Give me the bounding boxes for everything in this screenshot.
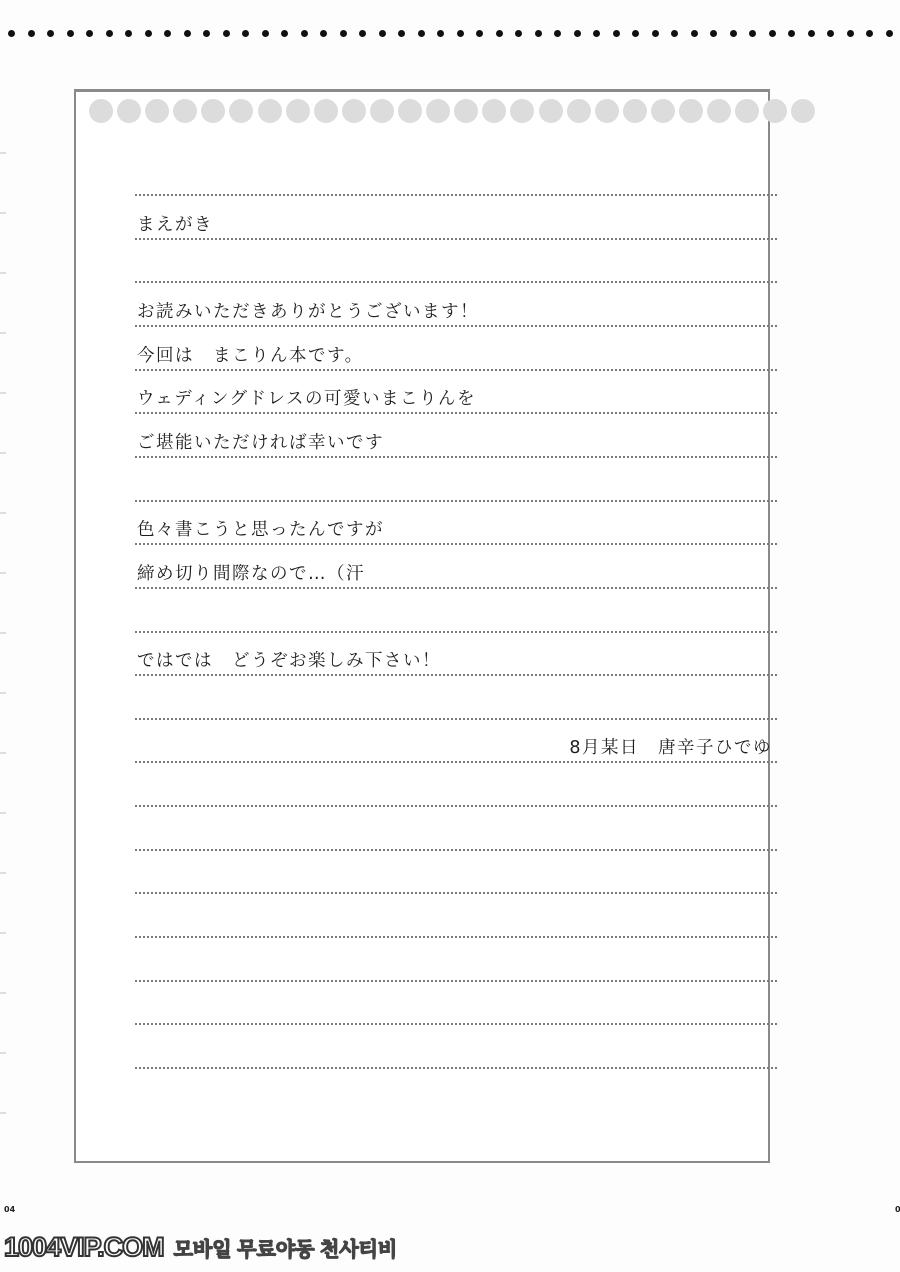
dot-icon — [710, 30, 717, 37]
dot-icon — [808, 30, 815, 37]
text-line-this-time: 今回は まこりん本です。 — [137, 345, 364, 367]
binder-hole-icon — [679, 99, 703, 123]
scan-edge-artifacts — [0, 130, 6, 1130]
page-number-right: 0 — [895, 1205, 900, 1214]
dot-icon — [437, 30, 444, 37]
dot-icon — [359, 30, 366, 37]
binder-hole-icon — [89, 99, 113, 123]
dot-icon — [86, 30, 93, 37]
text-line-enjoy: ご堪能いただければ幸いです — [137, 432, 384, 454]
dot-icon — [515, 30, 522, 37]
dot-icon — [67, 30, 74, 37]
dot-icon — [418, 30, 425, 37]
ruled-line — [135, 194, 777, 196]
dot-icon — [652, 30, 659, 37]
dot-icon — [847, 30, 854, 37]
dot-icon — [691, 30, 698, 37]
watermark-site: 1004VIP.COM — [4, 1232, 164, 1262]
watermark-banner: 1004VIP.COM모바일 무료야동 천사티비 — [4, 1232, 397, 1263]
dot-icon — [164, 30, 171, 37]
binder-hole-icon — [229, 99, 253, 123]
ruled-line — [135, 761, 777, 763]
dot-icon — [184, 30, 191, 37]
ruled-line — [135, 674, 777, 676]
binder-hole-icon — [791, 99, 815, 123]
binder-hole-icon — [258, 99, 282, 123]
dot-icon — [8, 30, 15, 37]
binder-hole-icon — [342, 99, 366, 123]
text-line-please-enjoy: ではでは どうぞお楽しみ下さい！ — [137, 650, 441, 672]
dot-icon — [496, 30, 503, 37]
binder-hole-icon — [623, 99, 647, 123]
dot-icon — [730, 30, 737, 37]
dot-icon — [223, 30, 230, 37]
ruled-line — [135, 325, 777, 327]
text-line-wanted-to-write: 色々書こうと思ったんですが — [137, 519, 384, 541]
binder-hole-icon — [707, 99, 731, 123]
watermark-tagline: 모바일 무료야동 천사티비 — [174, 1239, 398, 1261]
dot-icon — [476, 30, 483, 37]
dot-icon — [262, 30, 269, 37]
ruled-line — [135, 1023, 777, 1025]
ruled-line — [135, 849, 777, 851]
binder-hole-icon — [595, 99, 619, 123]
dot-icon — [242, 30, 249, 37]
dot-icon — [827, 30, 834, 37]
dot-icon — [632, 30, 639, 37]
notebook-page-frame — [74, 89, 770, 1163]
dot-icon — [281, 30, 288, 37]
text-line-thanks: お読みいただきありがとうございます！ — [137, 301, 479, 323]
dot-icon — [398, 30, 405, 37]
ruled-line — [135, 587, 777, 589]
dot-icon — [866, 30, 873, 37]
binder-hole-icon — [286, 99, 310, 123]
binder-hole-icon — [314, 99, 338, 123]
binder-hole-icon — [735, 99, 759, 123]
binder-holes-row — [89, 99, 819, 123]
binder-hole-icon — [117, 99, 141, 123]
ruled-line — [135, 1067, 777, 1069]
dot-icon — [320, 30, 327, 37]
dot-icon — [340, 30, 347, 37]
dot-icon — [749, 30, 756, 37]
text-line-wedding-dress: ウェディングドレスの可愛いまこりんを — [137, 388, 476, 410]
ruled-line — [135, 980, 777, 982]
ruled-line — [135, 456, 777, 458]
text-line-deadline: 締め切り間際なので…（汗 — [137, 563, 365, 585]
dot-icon — [554, 30, 561, 37]
binder-hole-icon — [482, 99, 506, 123]
signature-date-author: 8月某日 唐辛子ひでゆ — [569, 737, 772, 759]
dot-icon — [145, 30, 152, 37]
ruled-line — [135, 718, 777, 720]
binder-hole-icon — [398, 99, 422, 123]
binder-hole-icon — [454, 99, 478, 123]
binder-hole-icon — [201, 99, 225, 123]
ruled-line — [135, 631, 777, 633]
dot-icon — [301, 30, 308, 37]
ruled-line — [135, 936, 777, 938]
dot-icon — [47, 30, 54, 37]
dot-icon — [769, 30, 776, 37]
ruled-line — [135, 500, 777, 502]
top-dotted-border — [8, 27, 893, 39]
dot-icon — [535, 30, 542, 37]
binder-hole-icon — [539, 99, 563, 123]
binder-hole-icon — [510, 99, 534, 123]
dot-icon — [203, 30, 210, 37]
ruled-line — [135, 412, 777, 414]
binder-hole-icon — [370, 99, 394, 123]
heading-maegaki: まえがき — [137, 214, 213, 236]
page-number-left: 04 — [4, 1205, 15, 1214]
dot-icon — [671, 30, 678, 37]
dot-icon — [28, 30, 35, 37]
dot-icon — [886, 30, 893, 37]
dot-icon — [788, 30, 795, 37]
ruled-line — [135, 238, 777, 240]
dot-icon — [574, 30, 581, 37]
dot-icon — [125, 30, 132, 37]
binder-hole-icon — [426, 99, 450, 123]
binder-hole-icon — [651, 99, 675, 123]
dot-icon — [457, 30, 464, 37]
binder-hole-icon — [567, 99, 591, 123]
ruled-line — [135, 281, 777, 283]
dot-icon — [106, 30, 113, 37]
binder-hole-icon — [145, 99, 169, 123]
dot-icon — [593, 30, 600, 37]
ruled-line — [135, 543, 777, 545]
ruled-line — [135, 369, 777, 371]
ruled-line — [135, 805, 777, 807]
binder-hole-icon — [173, 99, 197, 123]
ruled-line — [135, 892, 777, 894]
dot-icon — [379, 30, 386, 37]
dot-icon — [613, 30, 620, 37]
binder-hole-icon — [763, 99, 787, 123]
